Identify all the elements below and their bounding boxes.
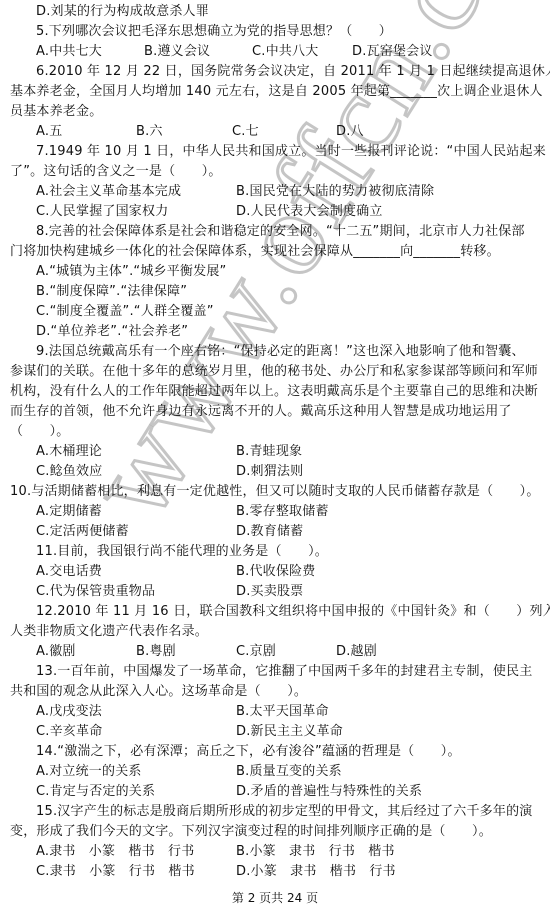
- question-9-options-ab: A.木桶理论 B.青蛙现象: [36, 442, 542, 462]
- question-9-options-cd: C.鲶鱼效应 D.刺猬法则: [36, 462, 542, 482]
- question-5: 5.下列哪次会议把毛泽东思想确立为党的指导思想？（ ）: [36, 22, 542, 42]
- option-c: C.鲶鱼效应: [36, 462, 102, 482]
- question-12-options: A.徽剧 B.粤剧 C.京剧 D.越剧: [36, 642, 542, 662]
- option-c: C.代为保管贵重物品: [36, 582, 155, 602]
- option-c: C.辛亥革命: [36, 722, 102, 742]
- option-a: A.隶书 小篆 楷书 行书: [36, 842, 194, 862]
- question-7-options-ab: A.社会主义革命基本完成 B.国民党在大陆的势力被彻底清除: [36, 182, 542, 202]
- option-b: B.青蛙现象: [236, 442, 302, 462]
- question-10-options-ab: A.定期储蓄 B.零存整取储蓄: [36, 502, 542, 522]
- question-15-line-1: 15.汉字产生的标志是殷商后期所形成的初步定型的甲骨文，其后经过了六千多年的演: [36, 802, 542, 822]
- question-5-options: A.中共七大 B.遵义会议 C.中共八大 D.瓦窑堡会议: [36, 42, 542, 62]
- exam-page: www.offcn.com D.刘某的行为构成故意杀人罪 5.下列哪次会议把毛泽…: [0, 0, 550, 920]
- page-number: 第 2 页共 24 页: [0, 888, 550, 908]
- question-9-line-4: 而生存的首领，他不允许身边有永远离不开的人。戴高乐这种用人智慧是成功地运用了: [10, 402, 542, 422]
- option-b: B.零存整取储蓄: [236, 502, 329, 522]
- question-6-line-3: 员基本养老金。: [10, 102, 542, 122]
- question-14: 14.“激湍之下，必有深潭；高丘之下，必有浚谷”蕴涵的哲理是（ ）。: [36, 742, 542, 762]
- option-d: D.越剧: [336, 642, 377, 662]
- option-c: C.京剧: [236, 642, 276, 662]
- question-6-line-1: 6.2010 年 12 月 22 日，国务院常务会议决定，自 2011 年 1 …: [36, 62, 542, 82]
- question-8-option-b: B.“制度保障”.“法律保障”: [36, 282, 542, 302]
- option-d: D.瓦窑堡会议: [352, 42, 433, 62]
- question-8-line-2: 门将加快构建城乡一体化的社会保障体系，实现社会保障从_______向______…: [10, 242, 542, 262]
- question-9-line-1: 9.法国总统戴高乐有一个座右铭：“保持必定的距离！”这也深入地影响了他和智囊、: [36, 342, 542, 362]
- option-a: A.戊戌变法: [36, 702, 102, 722]
- question-7-line-1: 7.1949 年 10 月 1 日，中华人民共和国成立。当时一些报刊评论说：“中…: [36, 142, 542, 162]
- option-a: A.徽剧: [36, 642, 76, 662]
- question-6-line-2: 基本养老金，全国月人均增加 140 元左右，这是自 2005 年起第______…: [10, 82, 542, 102]
- question-13-options-ab: A.戊戌变法 B.太平天国革命: [36, 702, 542, 722]
- option-b: B.小篆 隶书 行书 楷书: [236, 842, 395, 862]
- option-a: A.五: [36, 122, 62, 142]
- question-12-line-2: 人类非物质文化遗产代表作名录。: [10, 622, 542, 642]
- option-d: D.教育储蓄: [236, 522, 303, 542]
- option-a: A.对立统一的关系: [36, 762, 142, 782]
- question-9-line-2: 参谋们的关联。在他十多年的总统岁月里，他的秘书处、办公厅和私家参谋部等顾问和军师: [10, 362, 542, 382]
- question-11-options-ab: A.交电话费 B.代收保险费: [36, 562, 542, 582]
- option-d: D.人民代表大会制度确立: [236, 202, 383, 222]
- question-7-line-2: 了”。这句话的含义之一是（ ）。: [10, 162, 542, 182]
- question-6-options: A.五 B.六 C.七 D.八: [36, 122, 542, 142]
- option-a: A.定期储蓄: [36, 502, 102, 522]
- option-c: C.隶书 小篆 行书 楷书: [36, 862, 195, 882]
- question-11: 11.目前，我国银行尚不能代理的业务是（ ）。: [36, 542, 542, 562]
- question-8-option-d: D.“单位养老”.“社会养老”: [36, 322, 542, 342]
- option-d: D.买卖股票: [236, 582, 303, 602]
- option-b: B.遵义会议: [144, 42, 210, 62]
- option-c: C.肯定与否定的关系: [36, 782, 155, 802]
- question-9-line-5: （ ）。: [10, 422, 542, 442]
- question-8-option-a: A.“城镇为主体”.“城乡平衡发展”: [36, 262, 542, 282]
- option-b: B.国民党在大陆的势力被彻底清除: [236, 182, 434, 202]
- q4-option-d: D.刘某的行为构成故意杀人罪: [36, 2, 542, 22]
- question-7-options-cd: C.人民掌握了国家权力 D.人民代表大会制度确立: [36, 202, 542, 222]
- question-12-line-1: 12.2010 年 11 月 16 日，联合国教科文组织将中国申报的《中国针灸》…: [36, 602, 542, 622]
- option-a: A.交电话费: [36, 562, 102, 582]
- question-15-line-2: 变，形成了我们今天的文字。下列汉字演变过程的时间排列顺序正确的是（ ）。: [10, 822, 542, 842]
- option-b: B.六: [136, 122, 163, 142]
- option-d: D.新民主主义革命: [236, 722, 343, 742]
- option-b: B.太平天国革命: [236, 702, 329, 722]
- question-13-line-1: 13.一百年前，中国爆发了一场革命，它推翻了中国两千多年的封建君主专制，使民主: [36, 662, 542, 682]
- option-c: C.中共八大: [252, 42, 318, 62]
- option-d: D.八: [336, 122, 364, 142]
- option-a: A.社会主义革命基本完成: [36, 182, 181, 202]
- question-10: 10.与活期储蓄相比，利息有一定优越性，但又可以随时支取的人民币储蓄存款是（ ）…: [10, 482, 542, 502]
- option-b: B.代收保险费: [236, 562, 315, 582]
- option-a: A.木桶理论: [36, 442, 102, 462]
- question-10-options-cd: C.定活两便储蓄 D.教育储蓄: [36, 522, 542, 542]
- question-13-options-cd: C.辛亥革命 D.新民主主义革命: [36, 722, 542, 742]
- option-b: B.粤剧: [136, 642, 176, 662]
- question-14-options-cd: C.肯定与否定的关系 D.矛盾的普遍性与特殊性的关系: [36, 782, 542, 802]
- question-11-options-cd: C.代为保管贵重物品 D.买卖股票: [36, 582, 542, 602]
- option-c: C.七: [232, 122, 259, 142]
- option-d: D.矛盾的普遍性与特殊性的关系: [236, 782, 422, 802]
- question-14-options-ab: A.对立统一的关系 B.质量互变的关系: [36, 762, 542, 782]
- question-9-line-3: 机构，没有什么人的工作年限能超过两年以上。这表明戴高乐是个主要靠自己的思维和决断: [10, 382, 542, 402]
- option-c: C.人民掌握了国家权力: [36, 202, 168, 222]
- option-c: C.定活两便储蓄: [36, 522, 129, 542]
- question-15-options-ab: A.隶书 小篆 楷书 行书 B.小篆 隶书 行书 楷书: [36, 842, 542, 862]
- question-8-line-1: 8.完善的社会保障体系是社会和谐稳定的安全网。“十二五”期间，北京市人力社保部: [36, 222, 542, 242]
- option-d: D.刺猬法则: [236, 462, 303, 482]
- question-8-option-c: C.“制度全覆盖”.“人群全覆盖”: [36, 302, 542, 322]
- question-13-line-2: 共和国的观念从此深入人心。这场革命是（ ）。: [10, 682, 542, 702]
- option-a: A.中共七大: [36, 42, 102, 62]
- question-15-options-cd: C.隶书 小篆 行书 楷书 D.小篆 隶书 楷书 行书: [36, 862, 542, 882]
- option-b: B.质量互变的关系: [236, 762, 342, 782]
- option-d: D.小篆 隶书 楷书 行书: [236, 862, 396, 882]
